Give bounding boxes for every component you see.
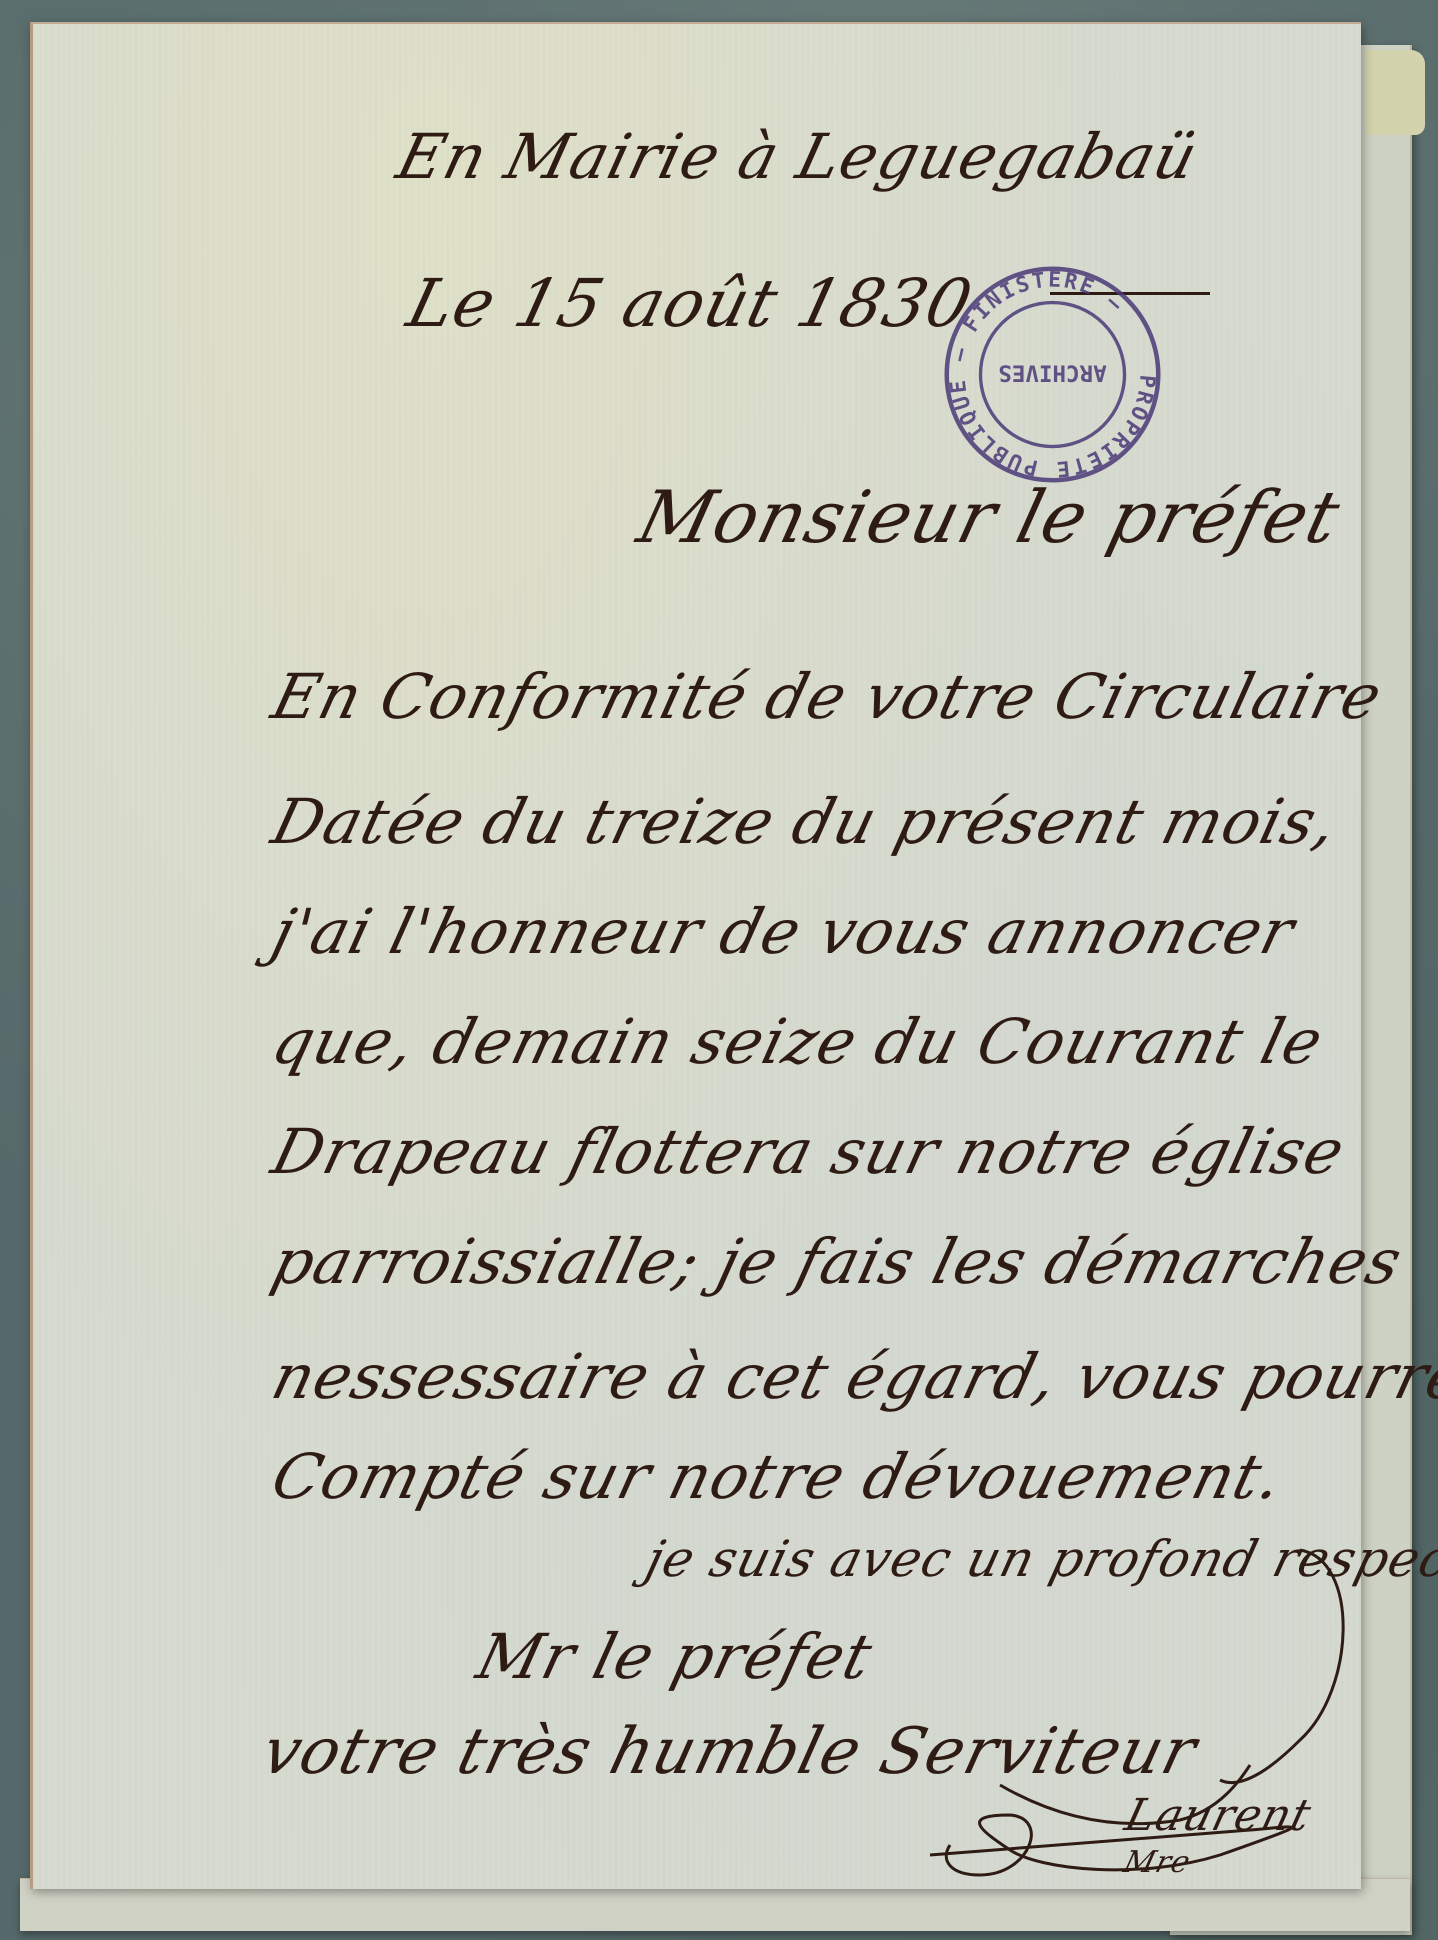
letter-date: Le 15 août 1830 (400, 265, 980, 342)
salutation: Monsieur le préfet (630, 475, 1348, 559)
signature-paraph-icon (920, 1760, 1340, 1890)
body-line: parroissialle; je fais les démarches (265, 1225, 1410, 1298)
stamp-center-text: ARCHIVES (998, 360, 1106, 386)
torn-paper-tab (1365, 50, 1425, 135)
body-line: Datée du treize du présent mois, (265, 785, 1345, 858)
body-line: Compté sur notre dévouement. (265, 1440, 1290, 1513)
body-line: En Conformité de votre Circulaire (265, 660, 1390, 733)
closing-address: Mr le préfet (470, 1620, 880, 1693)
body-line: que, demain seize du Courant le (265, 1005, 1331, 1078)
letter-place: En Mairie à Leguegabaü (390, 120, 1205, 193)
archives-stamp-icon: PROPRIÉTÉ PUBLIQUE — FINISTÈRE — ARCHIVE… (940, 262, 1165, 487)
body-line: j'ai l'honneur de vous annoncer (265, 895, 1302, 968)
body-line: Drapeau flottera sur notre église (265, 1115, 1352, 1188)
body-line: nessessaire à cet égard, vous pourrez (265, 1340, 1438, 1413)
